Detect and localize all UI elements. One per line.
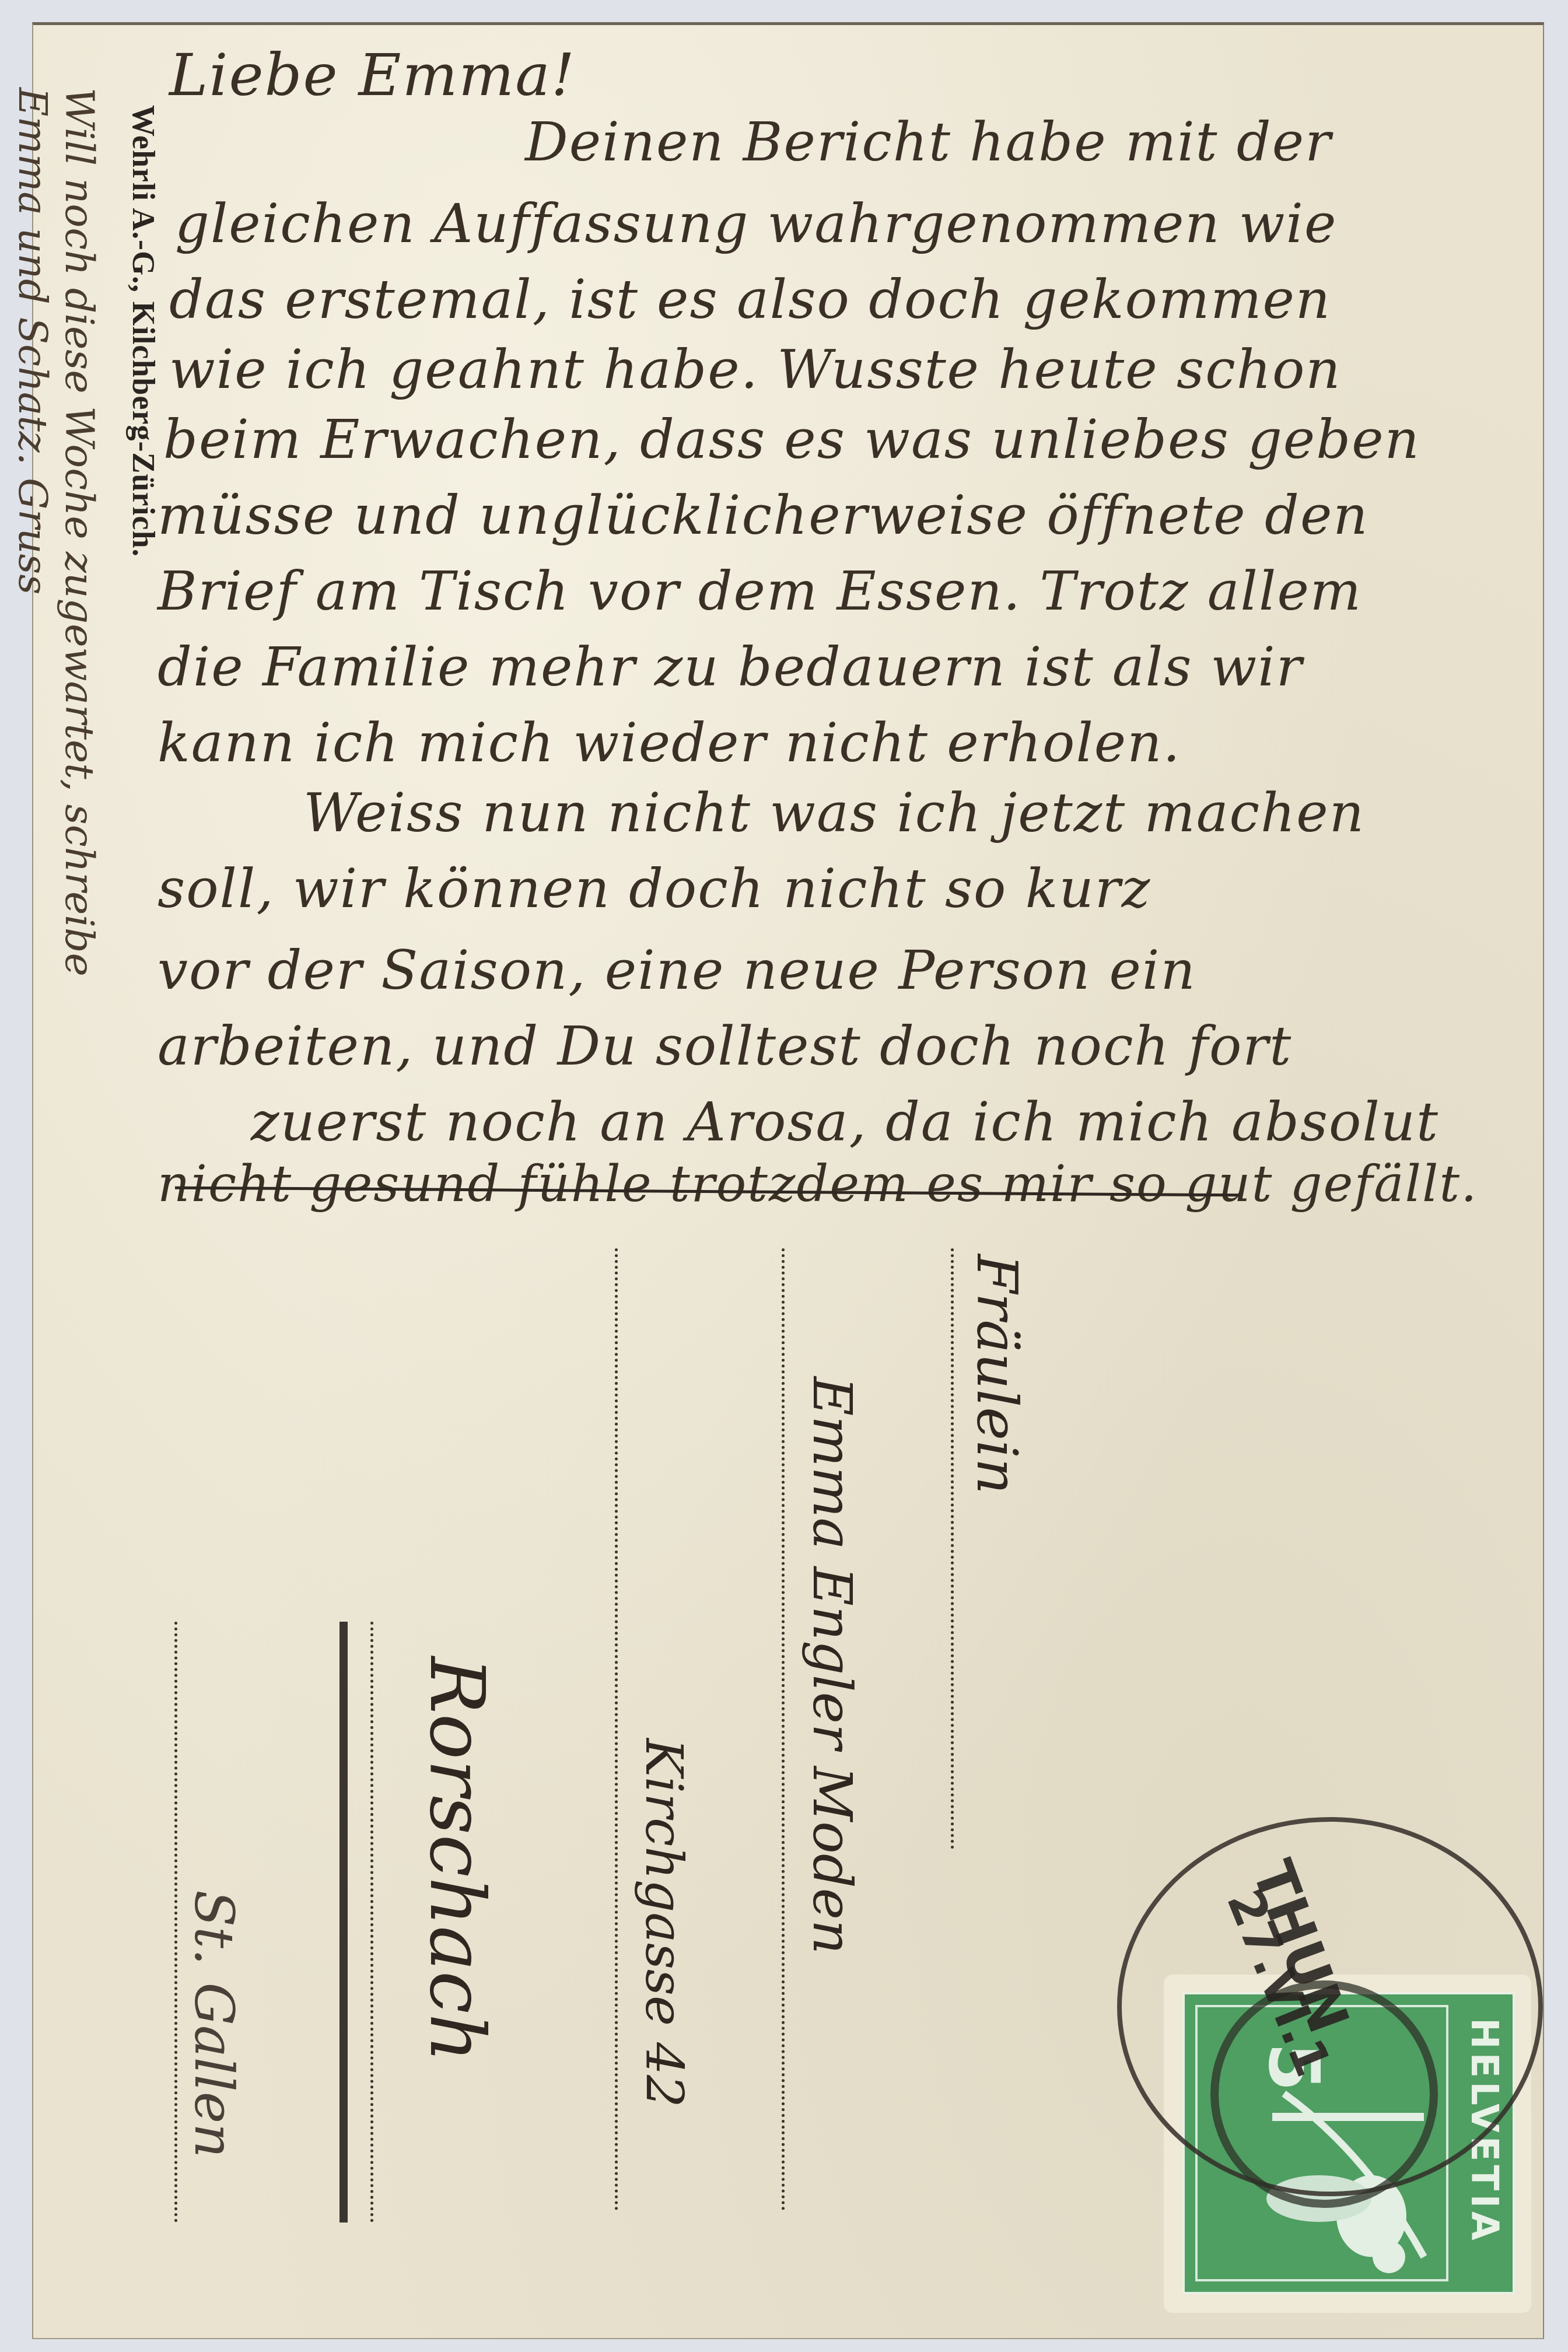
- message-line-13: arbeiten, und Du solltest doch noch fort: [157, 1015, 1292, 1077]
- address-line-1: Fräulein: [964, 1254, 1030, 1494]
- message-line-1: Deinen Bericht habe mit der: [525, 111, 1332, 173]
- message-line-15: nicht gesund fühle trotzdem es mir so gu…: [157, 1155, 1478, 1213]
- message-line-2: gleichen Auffassung wahrgenommen wie: [175, 192, 1337, 255]
- message-line-14: zuerst noch an Arosa, da ich mich absolu…: [251, 1091, 1439, 1153]
- address-dotted-line-4: [370, 1622, 373, 2222]
- destination-underline-bar: [339, 1622, 348, 2222]
- margin-note-line-2: Emma und Schatz. Gruss: [9, 87, 55, 594]
- address-line-4: Rorschach: [413, 1657, 502, 2063]
- address-line-2: Emma Engler Moden: [801, 1377, 863, 1954]
- message-line-10: Weiss nun nicht was ich jetzt machen: [303, 782, 1365, 844]
- publisher-imprint: Wehrli A.-G., Kilchberg-Zürich.: [125, 105, 162, 557]
- message-line-5: beim Erwachen, dass es was unliebes gebe…: [163, 408, 1420, 471]
- margin-note-line-1: Will noch diese Woche zugewartet, schrei…: [56, 87, 102, 977]
- salutation: Liebe Emma!: [169, 41, 576, 109]
- address-line-5: St. Gallen: [183, 1890, 245, 2158]
- message-line-9: kann ich mich wieder nicht erholen.: [157, 712, 1181, 774]
- address-dotted-line-2: [782, 1248, 785, 2211]
- address-dotted-line-3: [615, 1248, 618, 2211]
- message-line-12: vor der Saison, eine neue Person ein: [157, 939, 1196, 1002]
- address-line-3: Kirchgasse 42: [634, 1738, 694, 2108]
- message-line-6: müsse und unglücklicherweise öffnete den: [157, 484, 1369, 547]
- address-dotted-line-1: [951, 1248, 954, 1849]
- message-line-8: die Familie mehr zu bedauern ist als wir: [157, 636, 1303, 698]
- address-dotted-line-5: [174, 1622, 177, 2222]
- message-line-4: wie ich geahnt habe. Wusste heute schon: [169, 338, 1342, 401]
- message-line-3: das erstemal, ist es also doch gekommen: [169, 268, 1331, 331]
- message-line-11: soll, wir können doch nicht so kurz: [157, 857, 1151, 920]
- message-line-7: Brief am Tisch vor dem Essen. Trotz alle…: [157, 560, 1362, 622]
